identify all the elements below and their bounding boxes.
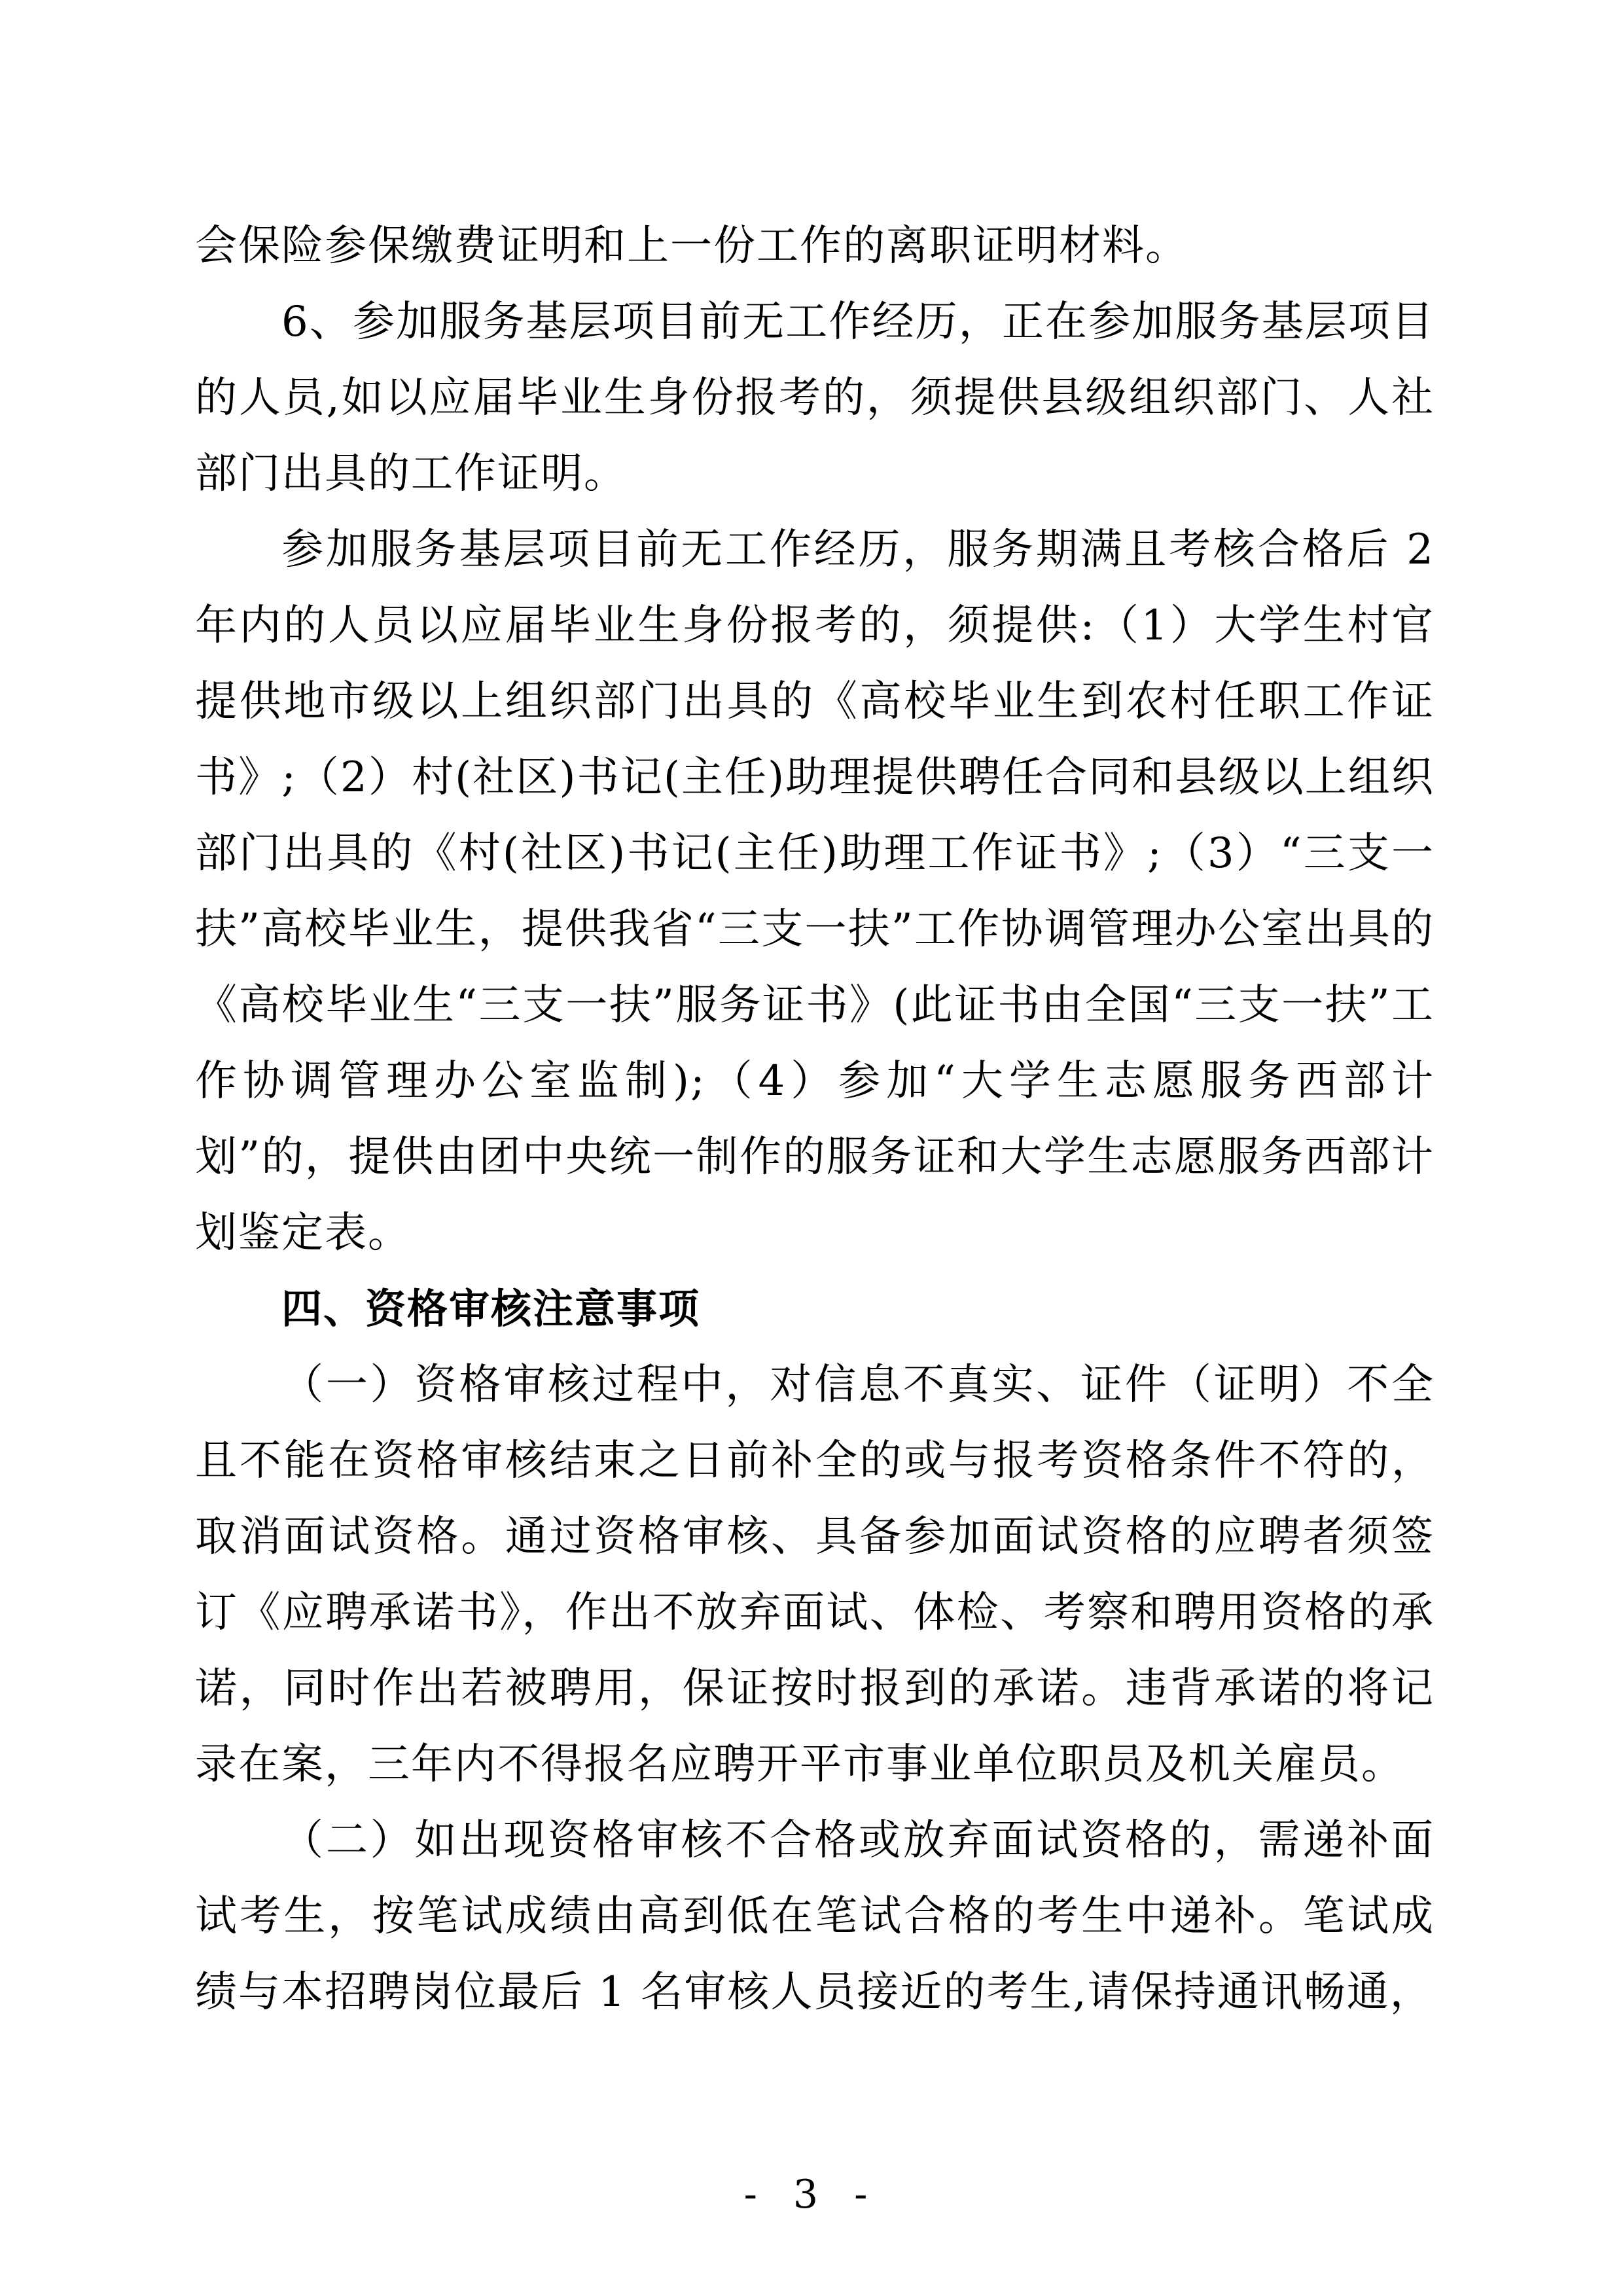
paragraph-continuation: 会保险参保缴费证明和上一份工作的离职证明材料。: [195, 208, 1435, 284]
paragraph-review-notice-2: （二）如出现资格审核不合格或放弃面试资格的，需递补面试考生，按笔试成绩由高到低在…: [195, 1803, 1435, 2030]
paragraph-item-6: 6、参加服务基层项目前无工作经历，正在参加服务基层项目的人员,如以应届毕业生身份…: [195, 284, 1435, 512]
document-page: 会保险参保缴费证明和上一份工作的离职证明材料。 6、参加服务基层项目前无工作经历…: [195, 208, 1435, 2030]
section-heading: 四、资格审核注意事项: [195, 1271, 1435, 1347]
paragraph-review-notice-1: （一）资格审核过程中，对信息不真实、证件（证明）不全且不能在资格审核结束之日前补…: [195, 1347, 1435, 1803]
paragraph-service-project: 参加服务基层项目前无工作经历，服务期满且考核合格后 2年内的人员以应届毕业生身份…: [195, 512, 1435, 1271]
page-number: - 3 -: [0, 2172, 1623, 2217]
